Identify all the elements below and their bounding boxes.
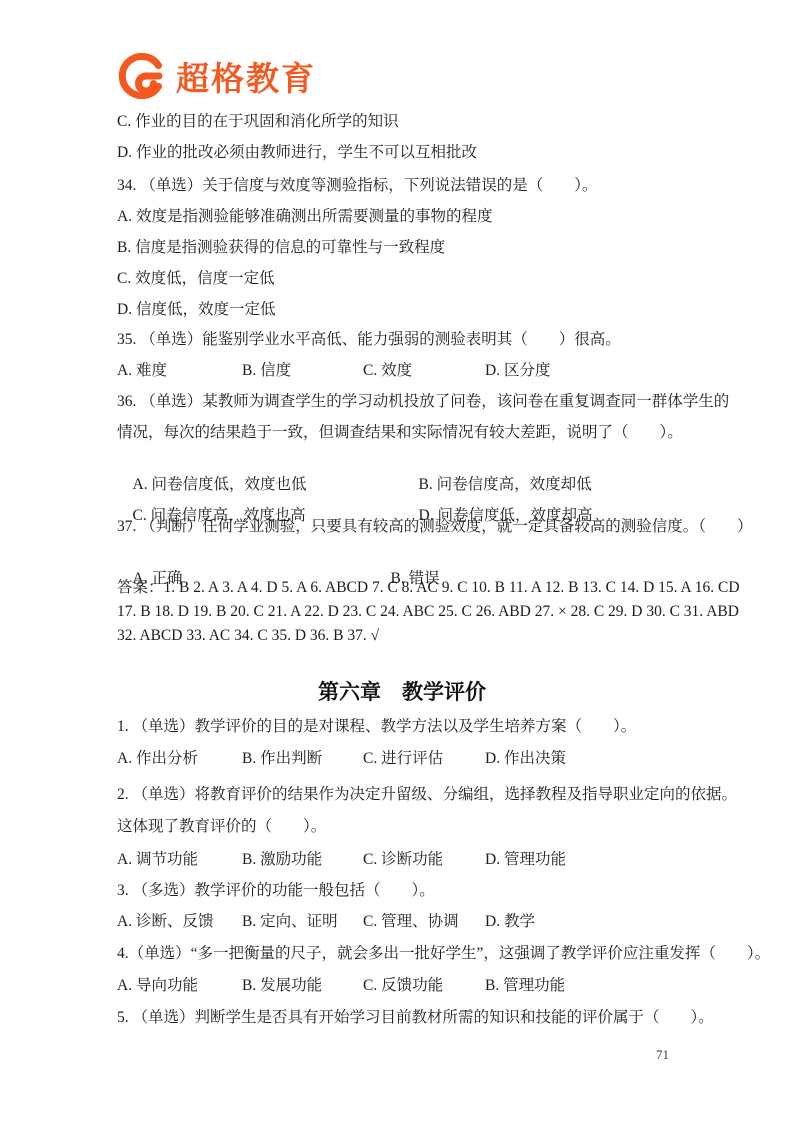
option-cell: D. 管理功能 [485,850,566,870]
question-stem: 情况，每次的结果趋于一致，但调查结果和实际情况有较大差距，说明了（ ）。 [117,423,683,443]
option-cell: B. 发展功能 [242,976,363,996]
option-cell: B. 定向、证明 [242,912,363,932]
option-line: A. 效度是指测验能够准确测出所需要测量的事物的程度 [117,207,492,227]
option-cell: C. 诊断功能 [363,850,485,870]
question-stem: 37. （判断）任何学业测验，只要具有较高的测验效度，就一定具备较高的测验信度。… [117,517,753,537]
page-number: 71 [656,1047,669,1063]
option-line: C. 作业的目的在于巩固和消化所学的知识 [117,112,399,132]
question-stem: 3. （多选）教学评价的功能一般包括（ ）。 [117,881,435,901]
answers-line: 17. B 18. D 19. B 20. C 21. A 22. D 23. … [117,602,739,622]
chapter-title: 第六章 教学评价 [0,676,804,706]
option-cell: D. 区分度 [485,361,550,381]
option-cell: A. 导向功能 [117,976,242,996]
option-cell: A. 诊断、反馈 [117,912,242,932]
options-row: C. 问卷信度高，效度也高D. 问卷信度低，效度却高 [117,486,592,546]
question-stem: 4.（单选）“多一把衡量的尺子，就会多出一批好学生”，这强调了教学评价应注重发挥… [117,944,770,964]
question-stem: 5. （单选）判断学生是否具有开始学习目前教材所需的知识和技能的评价属于（ ）。 [117,1008,714,1028]
option-cell: C. 管理、协调 [363,912,485,932]
options-row: A. 诊断、反馈 B. 定向、证明 C. 管理、协调 D. 教学 [117,912,535,932]
option-cell: A. 难度 [117,361,242,381]
option-line: C. 效度低，信度一定低 [117,269,275,289]
question-stem: 35. （单选）能鉴别学业水平高低、能力强弱的测验表明其（ ）很高。 [117,330,621,350]
option-cell: D. 作出决策 [485,749,566,769]
question-stem: 1. （单选）教学评价的目的是对课程、教学方法以及学生培养方案（ ）。 [117,717,636,737]
question-stem: 36. （单选）某教师为调查学生的学习动机投放了问卷，该问卷在重复调查同一群体学… [117,392,729,412]
brand-name: 超格教育 [176,53,316,100]
option-cell: B. 管理功能 [485,976,565,996]
options-row: A. 难度 B. 信度 C. 效度 D. 区分度 [117,361,550,381]
option-cell: C. 进行评估 [363,749,485,769]
option-cell: B. 信度 [242,361,363,381]
brand-logo: 超格教育 [117,50,316,102]
options-row: A. 调节功能 B. 激励功能 C. 诊断功能 D. 管理功能 [117,850,566,870]
option-cell: A. 调节功能 [117,850,242,870]
options-row: A. 作出分析 B. 作出判断 C. 进行评估 D. 作出决策 [117,749,566,769]
option-cell: A. 作出分析 [117,749,242,769]
question-stem: 2. （单选）将教育评价的结果作为决定升留级、分编组，选择教程及指导职业定向的依… [117,785,737,805]
option-line: D. 信度低，效度一定低 [117,300,275,320]
option-line: D. 作业的批改必须由教师进行，学生不可以互相批改 [117,143,477,163]
options-row: A. 导向功能 B. 发展功能 C. 反馈功能 B. 管理功能 [117,976,565,996]
answers-line: 32. ABCD 33. AC 34. C 35. D 36. B 37. √ [117,626,379,646]
option-cell: B. 激励功能 [242,850,363,870]
option-cell: B. 作出判断 [242,749,363,769]
answers-line: 答案：1. B 2. A 3. A 4. D 5. A 6. ABCD 7. C… [117,578,740,598]
option-line: B. 信度是指测验获得的信息的可靠性与一致程度 [117,238,445,258]
chaoge-g-icon [117,51,167,101]
question-stem: 34. （单选）关于信度与效度等测验指标，下列说法错误的是（ ）。 [117,176,598,196]
option-cell: C. 效度 [363,361,485,381]
option-cell: D. 教学 [485,912,535,932]
question-stem: 这体现了教育评价的（ ）。 [117,817,326,837]
option-cell: C. 反馈功能 [363,976,485,996]
document-page: 超格教育 C. 作业的目的在于巩固和消化所学的知识 D. 作业的批改必须由教师进… [0,0,804,1137]
